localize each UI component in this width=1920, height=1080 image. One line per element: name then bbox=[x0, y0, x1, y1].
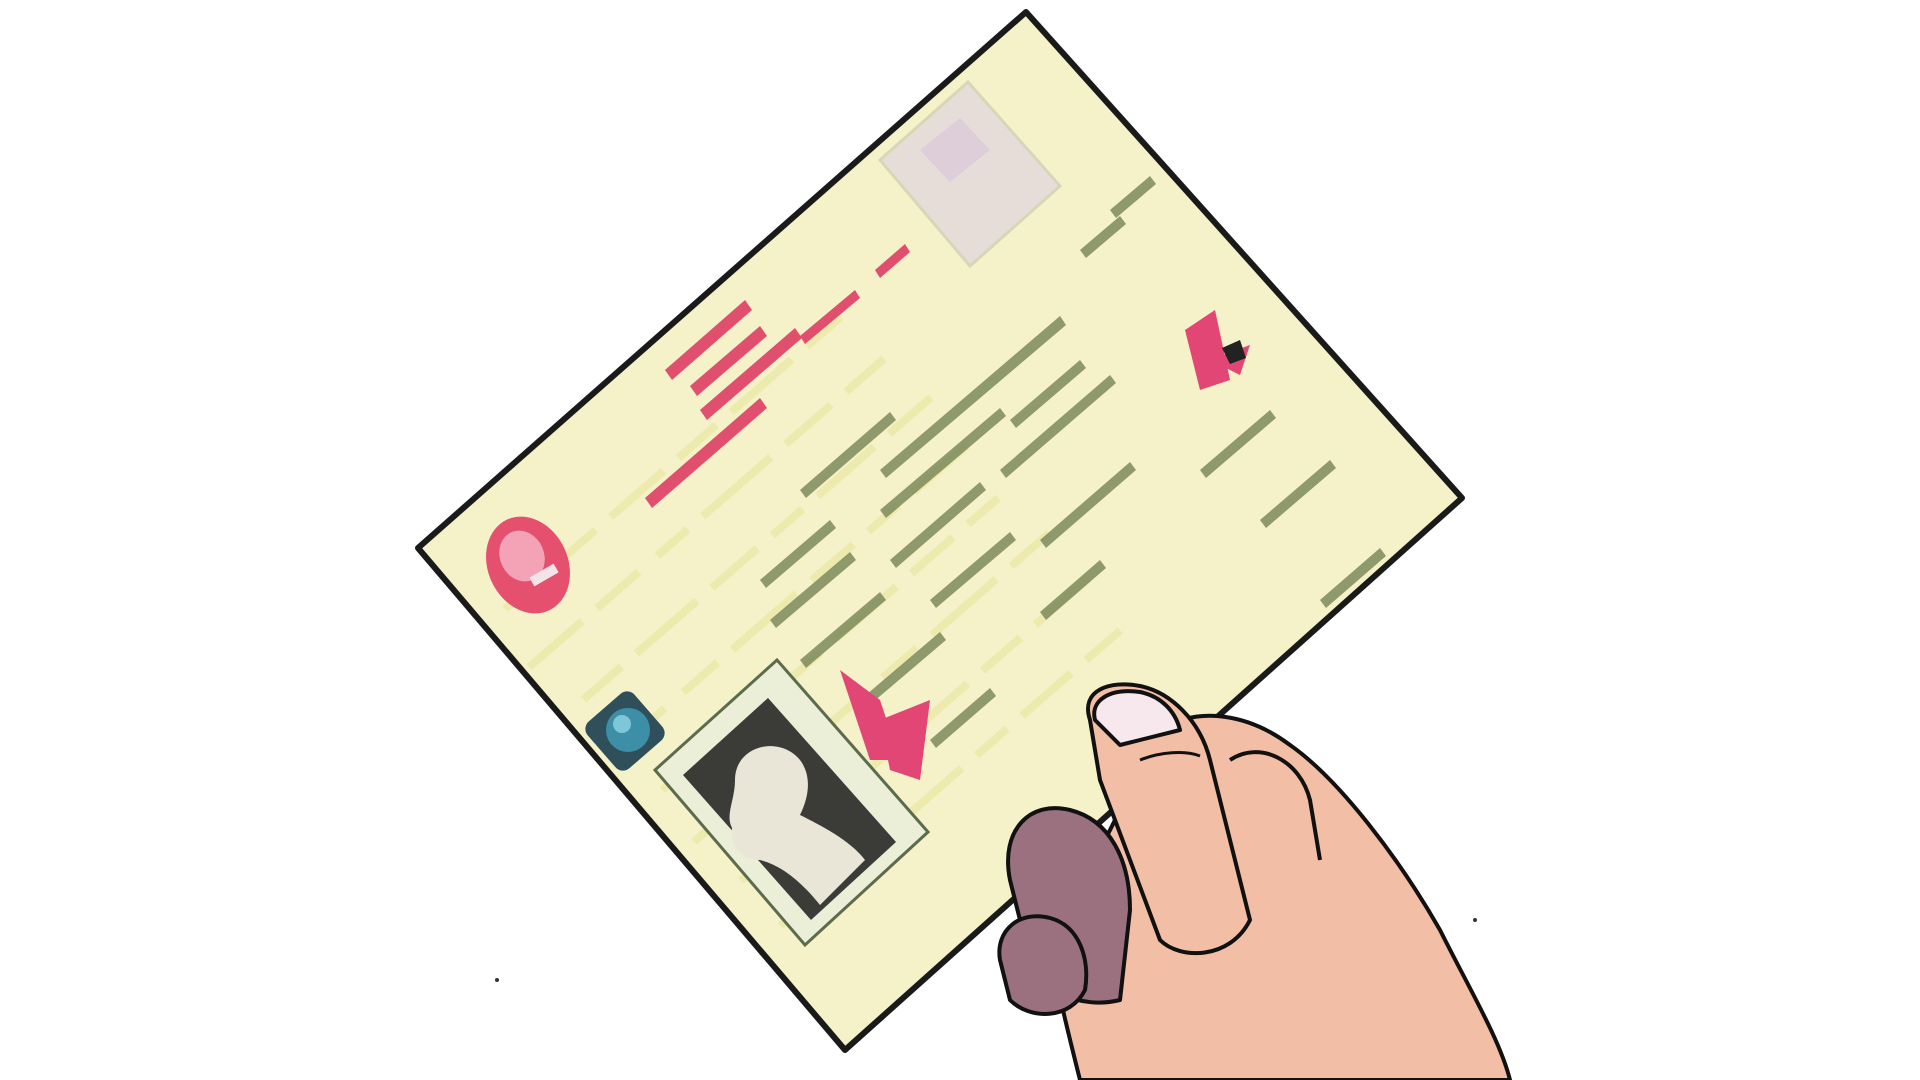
speck bbox=[495, 978, 499, 982]
speck bbox=[1473, 918, 1477, 922]
id-card-illustration bbox=[0, 0, 1920, 1080]
